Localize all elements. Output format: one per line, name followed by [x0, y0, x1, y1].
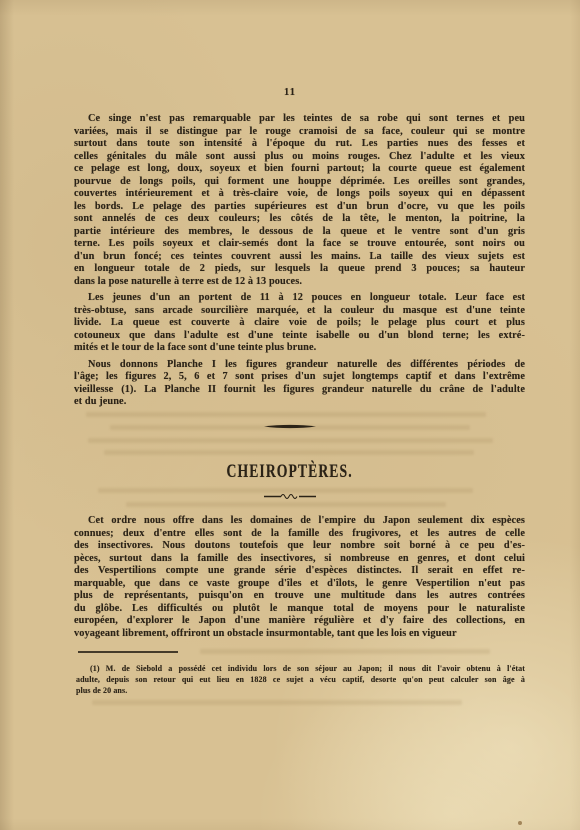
text-line: celles génitales du mâle sont aussi plus…	[74, 151, 525, 164]
text-line: très-obtuse, sans arcade sourcilière mar…	[74, 305, 525, 318]
section-heading: CHEIROPTÈRES.	[0, 455, 580, 483]
text-line: l'âge; les figures 2, 5, 6 et 7 sont pri…	[74, 371, 525, 384]
text-line: (1) M. de Siebold a possédé cet individu…	[76, 664, 525, 675]
text-line: Cet ordre nous offre dans les domaines d…	[74, 515, 525, 528]
text-line: les bords. Le pelage des parties supérie…	[74, 201, 525, 214]
paragraph: Les jeunes d'un an portent de 11 à 12 po…	[74, 292, 525, 355]
body-text: Ce singe n'est pas remarquable par les t…	[74, 113, 525, 413]
paragraph: Nous donnons Planche I les figures grand…	[74, 359, 525, 409]
paragraph: Cet ordre nous offre dans les domaines d…	[74, 515, 525, 640]
text-line: plus de 20 ans.	[76, 686, 525, 697]
swelled-rule-icon	[264, 423, 316, 430]
text-line: connues; deux d'entre elles sont de la f…	[74, 528, 525, 541]
bleed-through-ghost	[92, 700, 462, 705]
section-text: Cet ordre nous offre dans les domaines d…	[74, 515, 525, 644]
page-number: 11	[0, 87, 580, 99]
paper-speck	[518, 821, 522, 825]
section-heading-text: CHEIROPTÈRES.	[227, 461, 353, 483]
text-line: du glôbe. Les difficultés ou plutôt le m…	[74, 603, 525, 616]
footnote: (1) M. de Siebold a possédé cet individu…	[76, 664, 525, 696]
text-line: surtout dans toute son intensité à l'épo…	[74, 138, 525, 151]
text-line: Nous donnons Planche I les figures grand…	[74, 359, 525, 372]
bleed-through-ghost	[88, 438, 493, 443]
text-line: pèces, surtout dans la famille des insec…	[74, 553, 525, 566]
swelled-rule-divider	[0, 423, 580, 430]
text-line: et du jeune.	[74, 396, 525, 409]
text-line: adulte, depuis son retour qui eut lieu e…	[76, 675, 525, 686]
text-line: ce pelage est long, doux, soyeux et bien…	[74, 163, 525, 176]
text-line: d'un brun foncé; ces teintes couvrent au…	[74, 251, 525, 264]
paragraph: Ce singe n'est pas remarquable par les t…	[74, 113, 525, 288]
squiggle-rule-icon	[264, 492, 316, 501]
footnote-rule	[78, 651, 178, 653]
text-line: vieillesse (1). La Planche II fournit le…	[74, 384, 525, 397]
text-line: pourvue de longs poils, qui forment une …	[74, 176, 525, 189]
text-line: sont annelés de ces deux couleurs; les c…	[74, 213, 525, 226]
text-line: partie intérieure des membres, le dessou…	[74, 226, 525, 239]
bleed-through-ghost	[126, 502, 446, 507]
text-line: terne. Les poils soyeux et clair-semés d…	[74, 238, 525, 251]
text-line: mités et le tour de la face sont d'une t…	[74, 342, 525, 355]
text-line: cotouneux que dans l'adulte est d'une te…	[74, 330, 525, 343]
text-line: couvertes intérieurement et à très-clair…	[74, 188, 525, 201]
bleed-through-ghost	[200, 649, 490, 654]
text-line: des insectivores. Nous doutons toutefois…	[74, 540, 525, 553]
text-line: dans la pose naturelle à terre est de 12…	[74, 276, 525, 289]
text-line: voyageant librement, offriront un obstac…	[74, 628, 525, 641]
squiggle-rule-divider	[0, 492, 580, 501]
text-line: marquable, que dans ce vaste groupe d'îl…	[74, 578, 525, 591]
text-line: plus de représentants, puisqu'on en trou…	[74, 590, 525, 603]
book-page: 11 Ce singe n'est pas remarquable par le…	[0, 0, 580, 830]
text-line: en longueur totale de 2 pieds, sur lesqu…	[74, 263, 525, 276]
text-line: Les jeunes d'un an portent de 11 à 12 po…	[74, 292, 525, 305]
text-line: Ce singe n'est pas remarquable par les t…	[74, 113, 525, 126]
bleed-through-ghost	[86, 412, 486, 417]
text-line: livide. La queue est couverte à claire v…	[74, 317, 525, 330]
text-line: variées, mais il se distingue par le rou…	[74, 126, 525, 139]
text-line: des Vespertilions compte une grande séri…	[74, 565, 525, 578]
text-line: européen, d'explorer le Japon d'une mani…	[74, 615, 525, 628]
